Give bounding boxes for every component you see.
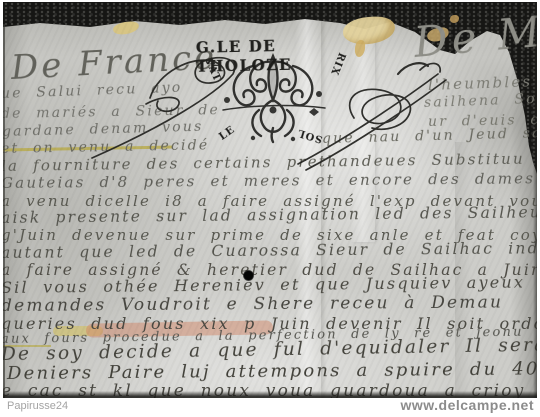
manuscript-line: Gauteias d'8 peres et meres et encore de… bbox=[3, 169, 537, 192]
seller-watermark: Papirusse24 bbox=[7, 400, 68, 412]
manuscript-line: autant que led de Cuarossa Sieur de Sail… bbox=[3, 239, 537, 262]
photo-right-edge bbox=[533, 2, 537, 398]
manuscript-photo: De France De Me ue Salui recu ayo de mar… bbox=[3, 2, 537, 398]
heading-script-left: De France bbox=[10, 37, 218, 88]
manuscript-line: demandes Voudroit e Shere receu à Demau bbox=[3, 292, 503, 316]
fleur-de-lis-stamp-ornament bbox=[213, 50, 333, 144]
parchment-hole bbox=[243, 270, 254, 281]
listing-photo-frame: De France De Me ue Salui recu ayo de mar… bbox=[0, 0, 540, 417]
delcampe-watermark: www.delcampe.net bbox=[400, 397, 534, 413]
photo-left-edge bbox=[3, 24, 5, 398]
manuscript-line: gardane denam vous bbox=[3, 119, 204, 140]
manuscript-line: que nau d'un Jeud sa bbox=[322, 125, 537, 147]
